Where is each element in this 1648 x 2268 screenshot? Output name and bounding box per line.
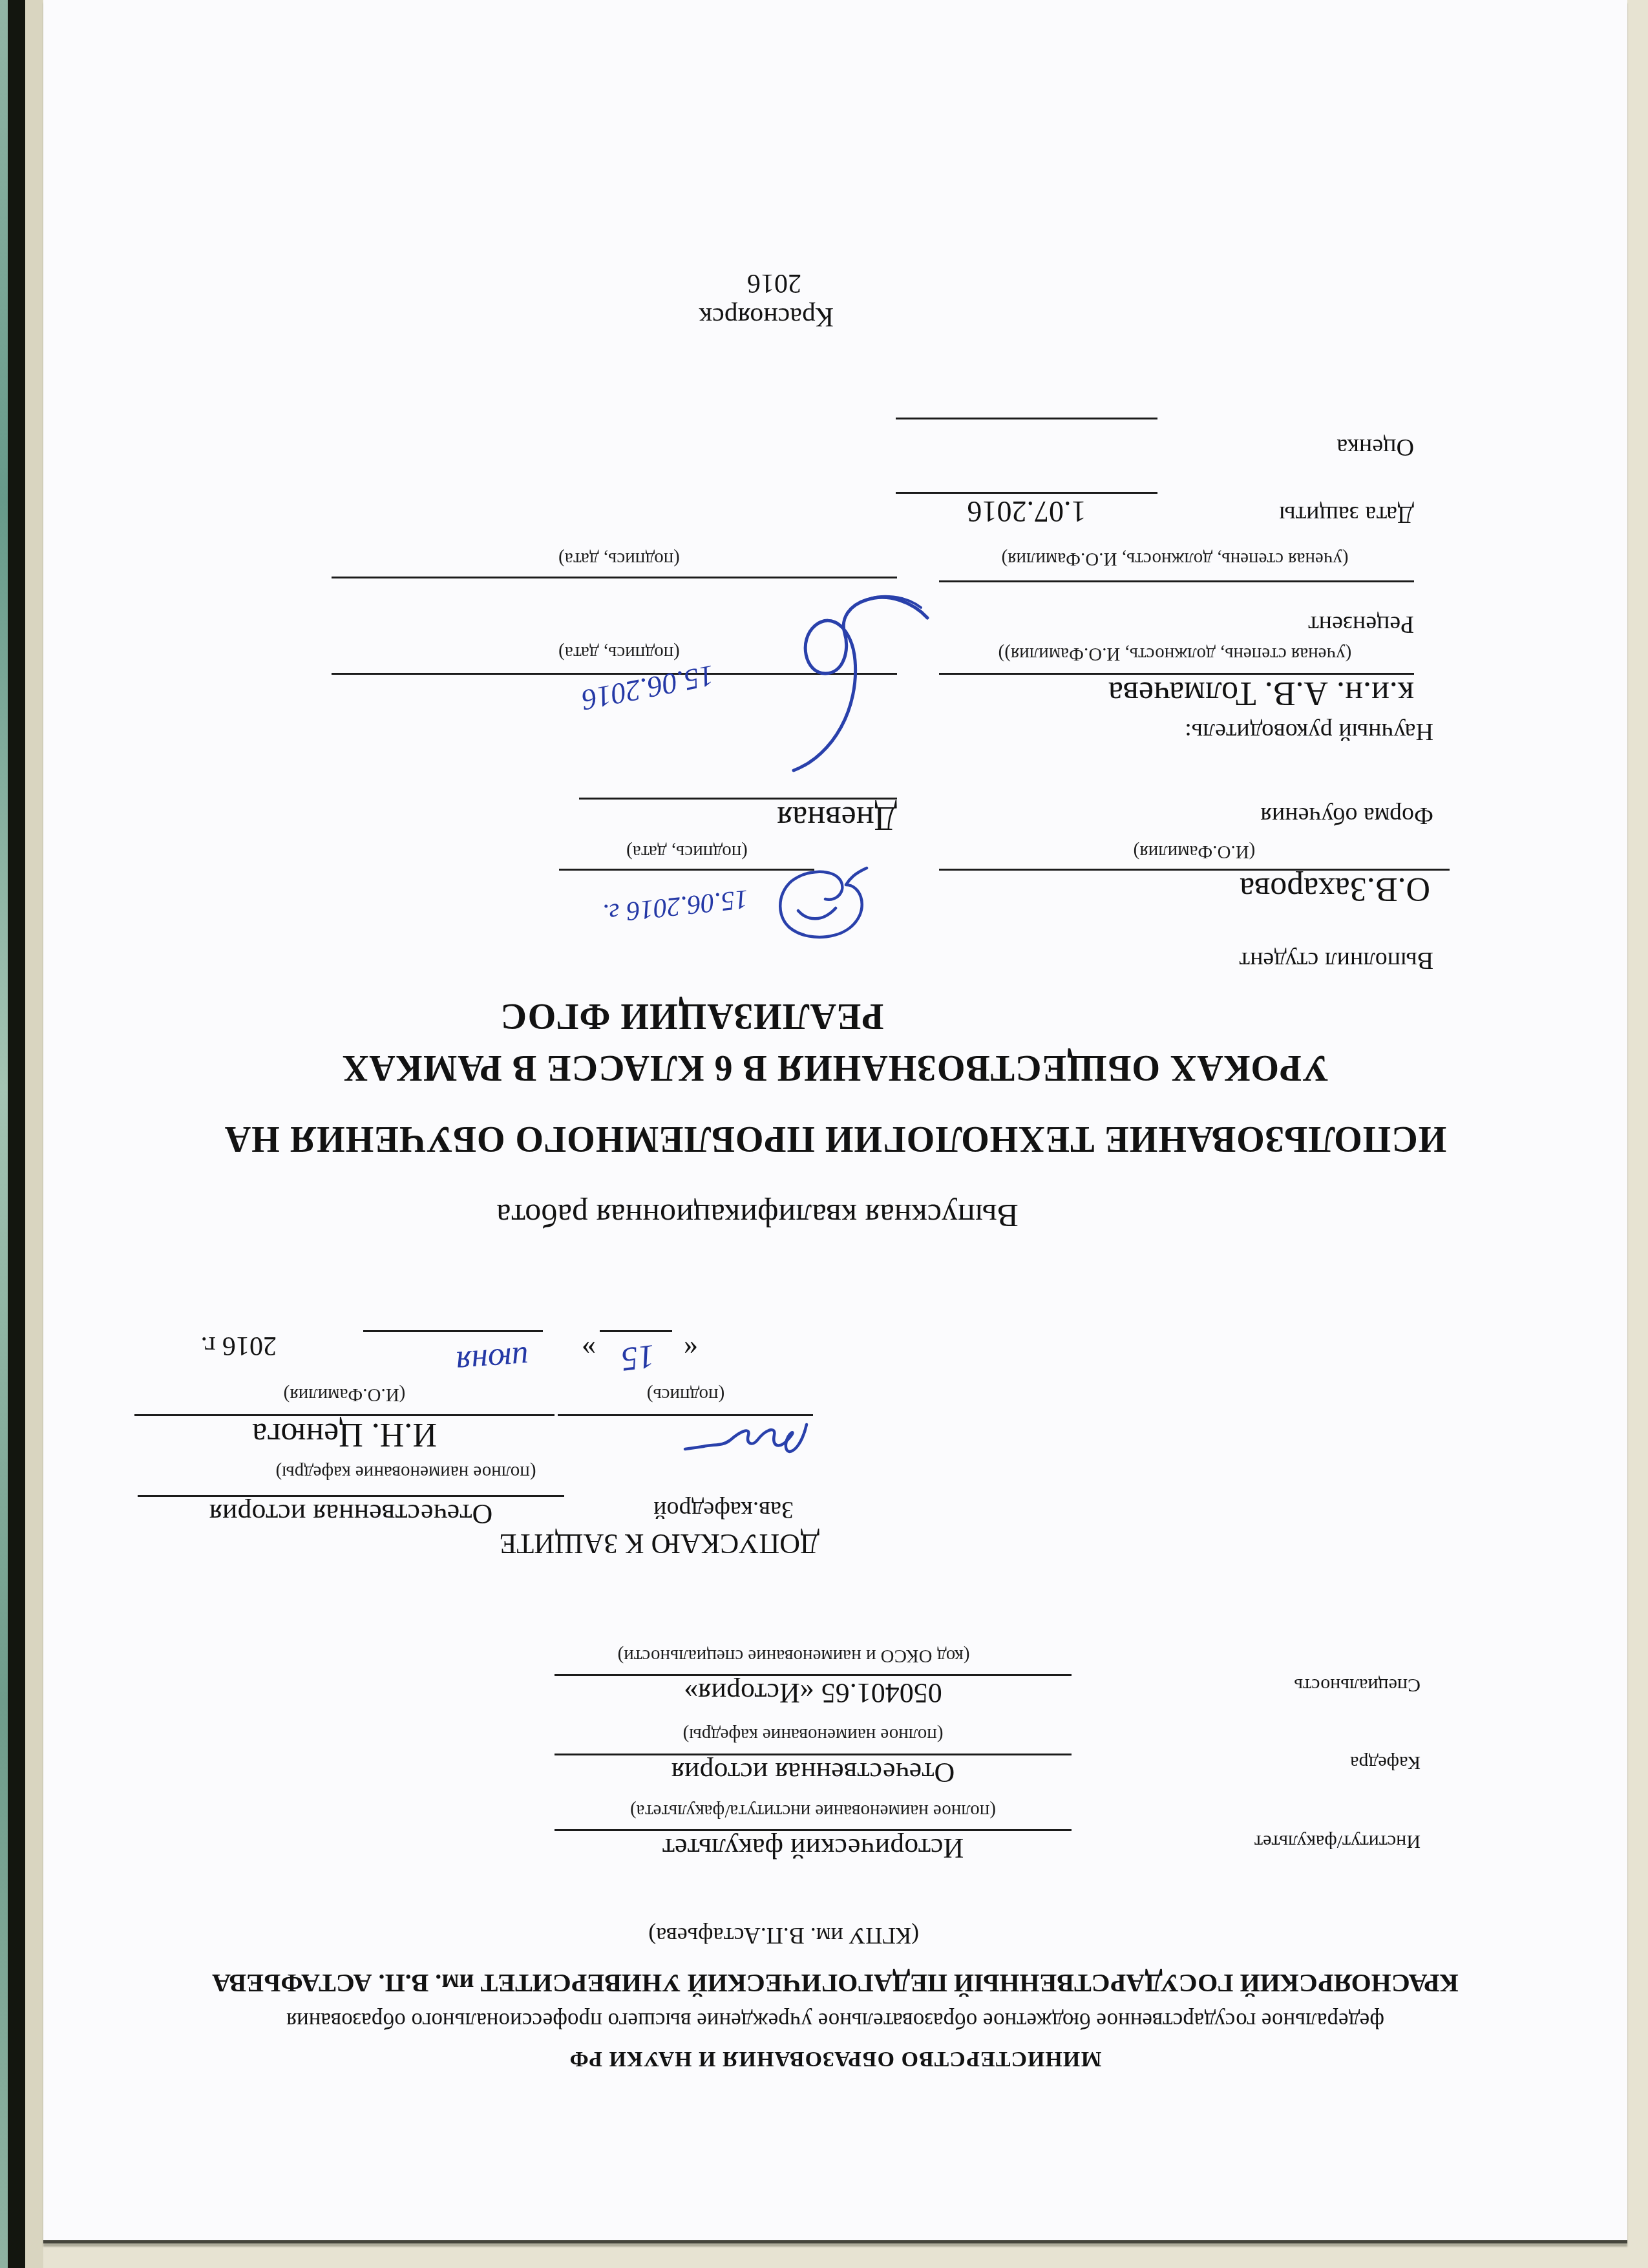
department-caption: (полное наименование кафедры) — [683, 1724, 944, 1745]
defense-date-field: 1.07.2016 — [896, 492, 1157, 547]
footer-year: 2016 — [747, 268, 801, 299]
head-signature-ink — [676, 1406, 812, 1466]
head-name-caption: (И.О.Фамилия) — [284, 1384, 406, 1405]
thesis-title-line-3: РЕАЛИЗАЦИИ ФГОС — [0, 995, 1484, 1037]
handwritten-month: июня — [454, 1339, 529, 1382]
department-value: Отечественная история — [671, 1755, 955, 1788]
supervisor-name-caption: (ученая степень, должность, И.О.Фамилия)… — [998, 643, 1352, 664]
head-name-line: И.Н. Ценюга — [134, 1414, 555, 1471]
approval-year: 2016 г. — [201, 1330, 277, 1361]
thesis-title-line-2: УРОКАХ ОБЩЕСТВОЗНАНИЯ В 6 КЛАССЕ В РАМКА… — [43, 1047, 1627, 1088]
department-head-value: Отечественная история — [209, 1497, 492, 1530]
student-name-field: О.В.Захарова — [939, 869, 1450, 948]
quote-open: « — [684, 1333, 698, 1366]
specialty-label: Специальность — [1294, 1674, 1421, 1696]
defense-date-value: 1.07.2016 — [967, 494, 1086, 528]
study-form-label: Форма обучения — [1260, 801, 1433, 830]
supervisor-name: к.и.н. А.В. Толмачева — [1108, 675, 1414, 710]
student-label: Выполнил студент — [1239, 946, 1433, 975]
study-form-value: Дневная — [777, 800, 897, 836]
federal-subheading: федеральное государственное бюджетное об… — [43, 2008, 1627, 2033]
thesis-title-line-1: ИСПОЛЬЗОВАНИЕ ТЕХНОЛОГИИ ПРОБЛЕМНОГО ОБУ… — [43, 1118, 1627, 1160]
reviewer-signature-line — [332, 577, 897, 627]
footer-city: Красноярск — [699, 301, 834, 332]
institute-caption: (полное наименование института/факультет… — [630, 1800, 996, 1821]
cover-beige-strip — [25, 0, 43, 2268]
scanner-edge-strip — [0, 0, 8, 2268]
head-name: И.Н. Ценюга — [252, 1416, 437, 1452]
institute-label: Институт/факультет — [1254, 1830, 1421, 1852]
defense-date-label: Дата защиты — [1279, 500, 1414, 529]
scanned-page: МИНИСТЕРСТВО ОБРАЗОВАНИЯ И НАУКИ РФ феде… — [43, 0, 1627, 2243]
grade-line — [896, 418, 1157, 469]
cover-edge-strip — [8, 0, 25, 2268]
department-head-label: Зав.кафедрой — [653, 1496, 794, 1524]
ministry-heading: МИНИСТЕРСТВО ОБРАЗОВАНИЯ И НАУКИ РФ — [43, 2046, 1627, 2071]
specialty-field: 050401.65 «История» — [555, 1674, 1072, 1712]
grade-label: Оценка — [1336, 433, 1414, 461]
student-name-caption: (И.О.Фамилия) — [1134, 841, 1256, 862]
quote-close: » — [582, 1333, 596, 1366]
supervisor-name-field: к.и.н. А.В. Толмачева — [939, 673, 1414, 725]
institute-value: Исторический факультет — [662, 1831, 964, 1864]
student-signature-ink — [755, 860, 874, 944]
department-label: Кафедра — [1350, 1752, 1421, 1774]
institute-field: Исторический факультет — [555, 1829, 1072, 1867]
rotated-document: МИНИСТЕРСТВО ОБРАЗОВАНИЯ И НАУКИ РФ феде… — [43, 0, 1627, 2240]
reviewer-sign-caption: (подпись, дата) — [558, 548, 680, 569]
university-heading: КРАСНОЯРСКИЙ ГОСУДАРСТВЕННЫЙ ПЕДАГОГИЧЕС… — [43, 1968, 1627, 1998]
head-sign-caption: (подпись) — [647, 1384, 724, 1405]
handwritten-day: 15 — [619, 1337, 657, 1379]
reviewer-name-caption: (ученая степень, должность, И.О.Фамилия) — [1001, 548, 1348, 569]
department-field: Отечественная история — [555, 1754, 1072, 1791]
department-head-field: Отечественная история — [138, 1495, 564, 1539]
specialty-caption: (код ОКСО и наименование специальности) — [618, 1645, 970, 1666]
supervisor-sign-caption: (подпись, дата) — [558, 642, 680, 663]
work-type: Выпускная квалификационная работа — [43, 1197, 1472, 1235]
study-form-field: Дневная — [579, 798, 897, 853]
specialty-value: 050401.65 «История» — [684, 1676, 942, 1709]
reviewer-name-line — [939, 580, 1414, 631]
student-name: О.В.Захарова — [1240, 871, 1430, 907]
university-short-name: (КГПУ им. В.П.Астафьева) — [648, 1922, 919, 1949]
